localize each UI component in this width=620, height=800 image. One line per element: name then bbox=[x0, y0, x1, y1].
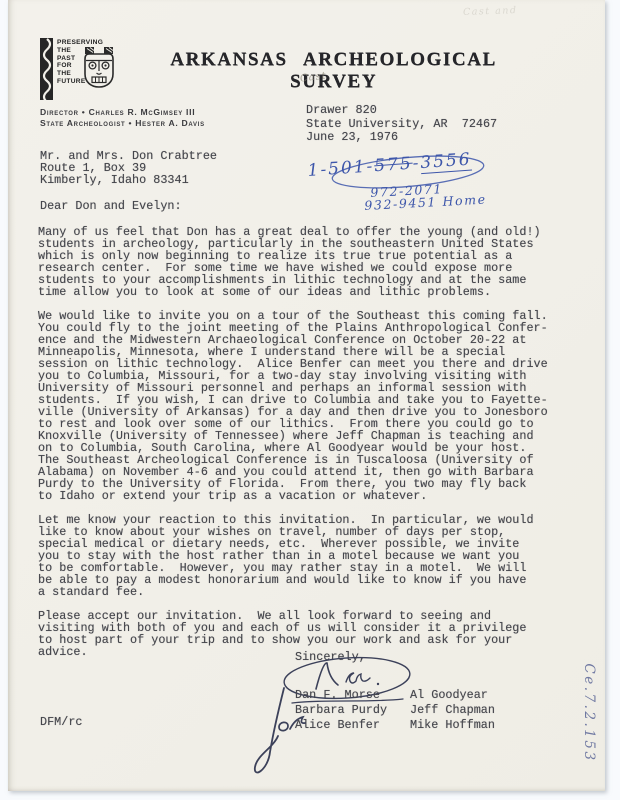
signer-name: Alice Benfer bbox=[295, 718, 410, 733]
scroll-bar-icon bbox=[40, 38, 54, 100]
signer-names: Dan F. Morse Al Goodyear Barbara Purdy J… bbox=[295, 688, 495, 733]
signer-name: Al Goodyear bbox=[410, 688, 495, 703]
signer-name: Mike Hoffman bbox=[410, 718, 495, 733]
return-address-block: Drawer 820 State University, AR 72467 Ju… bbox=[306, 104, 497, 145]
paragraph-2: We would like to invite you on a tour of… bbox=[38, 310, 583, 502]
letter-body: Many of us feel that Don has a great dea… bbox=[38, 226, 583, 670]
paragraph-3: Let me know your reaction to this invita… bbox=[38, 514, 583, 598]
letterhead-title: ARKANSAS ARCHEOLOGICAL SURVEY bbox=[131, 49, 536, 93]
paragraph-1: Many of us feel that Don has a great dea… bbox=[38, 226, 583, 298]
tribal-mask-icon bbox=[82, 46, 116, 90]
state-archeologist-line: State Archeologist • Hester A. Davis bbox=[40, 118, 205, 129]
survey-logo: PRESERVING THE PAST FOR THE FUTURE bbox=[40, 36, 130, 102]
archive-number: Ce.7.2.153 bbox=[581, 653, 597, 773]
director-line: Director • Charles R. McGimsey III bbox=[40, 107, 195, 118]
recipient-address-block: Mr. and Mrs. Don Crabtree Route 1, Box 3… bbox=[40, 150, 217, 186]
salutation: Dear Don and Evelyn: bbox=[40, 200, 182, 212]
signer-name: Jeff Chapman bbox=[410, 703, 495, 718]
for-scrawl bbox=[248, 686, 310, 782]
typist-initials: DFM/rc bbox=[40, 716, 82, 728]
letter-page: PRESERVING THE PAST FOR THE FUTURE bbox=[8, 0, 605, 791]
faint-pencil-note: Cast and bbox=[463, 5, 518, 18]
